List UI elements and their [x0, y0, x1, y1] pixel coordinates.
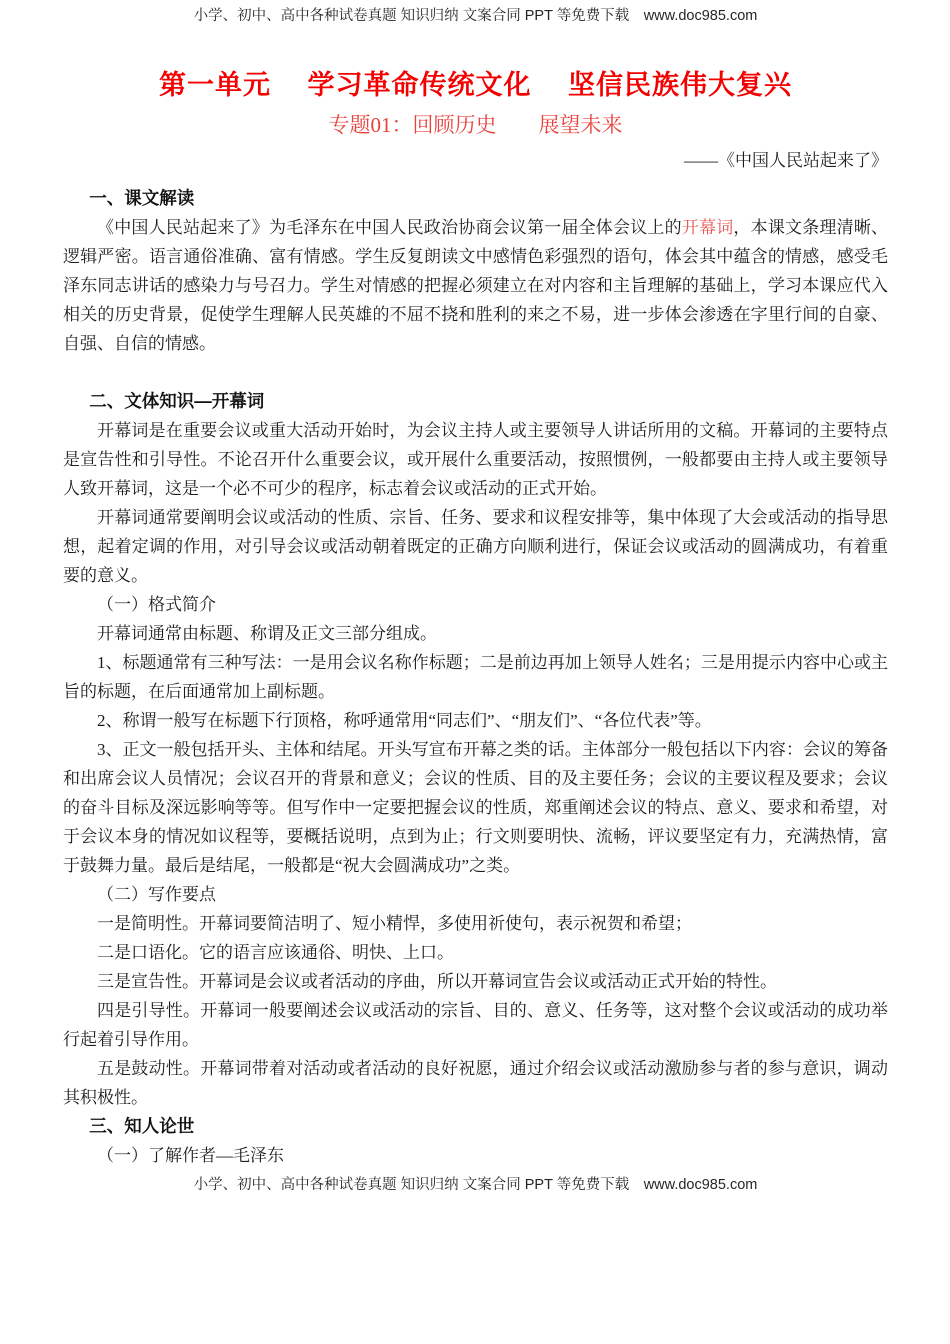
- writing-point-guiding: 四是引导性。开幕词一般要阐述会议或活动的宗旨、目的、意义、任务等，这对整个会议或…: [63, 996, 888, 1054]
- unit-title: 第一单元 学习革命传统文化 坚信民族伟大复兴: [63, 68, 888, 102]
- subsection-heading-writing-points: （二）写作要点: [63, 880, 888, 909]
- format-item-salutation: 2、称谓一般写在标题下行顶格，称呼通常用“同志们”、“朋友们”、“各位代表”等。: [63, 706, 888, 735]
- writing-point-colloquial: 二是口语化。它的语言应该通俗、明快、上口。: [63, 938, 888, 967]
- subsection-heading-about-author: （一）了解作者—毛泽东: [63, 1141, 888, 1170]
- document-page: 小学、初中、高中各种试卷真题 知识归纳 文案合同 PPT 等免费下载 www.d…: [0, 0, 950, 1344]
- section2-paragraph-1: 开幕词是在重要会议或重大活动开始时，为会议主持人或主要领导人讲话所用的文稿。开幕…: [63, 416, 888, 503]
- section-heading-genre-knowledge: 二、文体知识—开幕词: [63, 387, 888, 416]
- writing-point-declarative: 三是宣告性。开幕词是会议或者活动的序曲，所以开幕词宣告会议或活动正式开始的特性。: [63, 967, 888, 996]
- footer-watermark: 小学、初中、高中各种试卷真题 知识归纳 文案合同 PPT 等免费下载 www.d…: [63, 1175, 888, 1196]
- header-watermark: 小学、初中、高中各种试卷真题 知识归纳 文案合同 PPT 等免费下载 www.d…: [63, 6, 888, 27]
- format-item-main-text: 3、正文一般包括开头、主体和结尾。开头写宣布开幕之类的话。主体部分一般包括以下内…: [63, 735, 888, 880]
- format-intro-sentence: 开幕词通常由标题、称谓及正文三部分组成。: [63, 619, 888, 648]
- section1-paragraph: 《中国人民站起来了》为毛泽东在中国人民政治协商会议第一届全体会议上的开幕词，本课…: [63, 213, 888, 358]
- highlighted-term-opening-speech: 开幕词: [682, 218, 734, 237]
- section2-paragraph-2: 开幕词通常要阐明会议或活动的性质、宗旨、任务、要求和议程安排等，集中体现了大会或…: [63, 503, 888, 590]
- section1-paragraph-pre: 《中国人民站起来了》为毛泽东在中国人民政治协商会议第一届全体会议上的: [97, 218, 682, 237]
- section1-paragraph-post: ，本课文条理清晰、逻辑严密。语言通俗准确、富有情感。学生反复朗读文中感情色彩强烈…: [63, 218, 888, 353]
- section-heading-text-analysis: 一、课文解读: [63, 184, 888, 213]
- format-item-title: 1、标题通常有三种写法：一是用会议名称作标题；二是前边再加上领导人姓名；三是用提…: [63, 648, 888, 706]
- source-attribution: ——《中国人民站起来了》: [63, 150, 888, 172]
- writing-point-motivational: 五是鼓动性。开幕词带着对活动或者活动的良好祝愿，通过介绍会议或活动激励参与者的参…: [63, 1054, 888, 1112]
- topic-title: 专题01：回顾历史 展望未来: [63, 112, 888, 139]
- writing-point-concise: 一是简明性。开幕词要简洁明了、短小精悍，多使用祈使句，表示祝贺和希望；: [63, 909, 888, 938]
- subsection-heading-format-intro: （一）格式简介: [63, 590, 888, 619]
- section-heading-author-context: 三、知人论世: [63, 1112, 888, 1141]
